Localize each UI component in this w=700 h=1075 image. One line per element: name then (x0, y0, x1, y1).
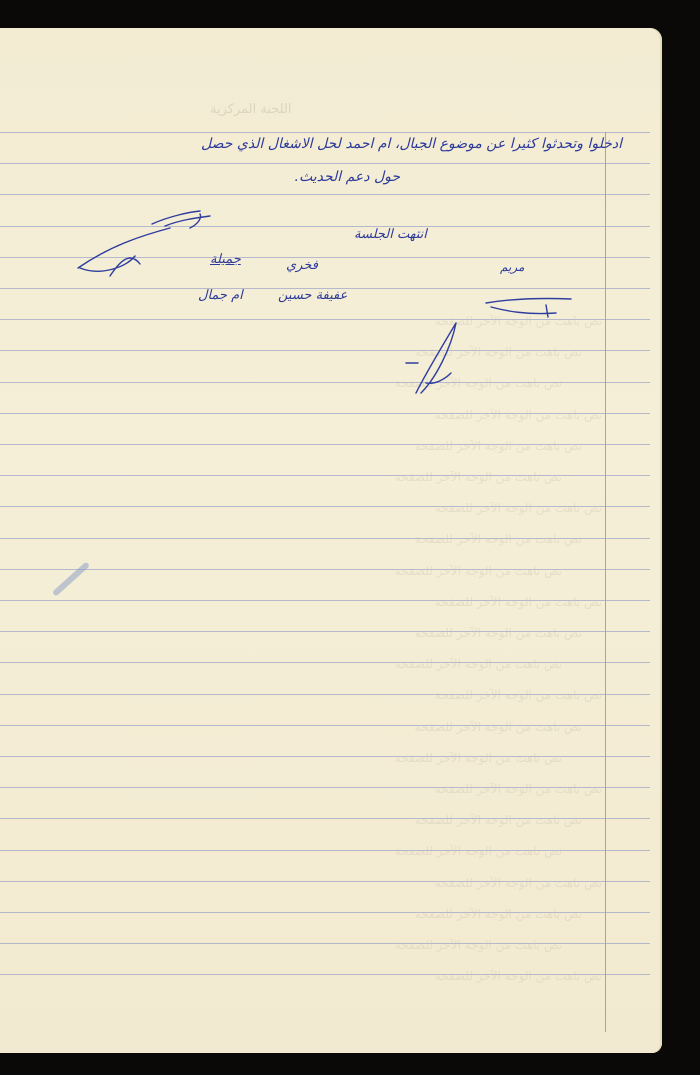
bleed-through-line: نص باهت من الوجه الآخر للصفحة (415, 907, 582, 921)
bleed-through-line: نص باهت من الوجه الآخر للصفحة (435, 595, 602, 609)
meeting-closed-heading: انتهت الجلسة (354, 227, 427, 242)
bleed-through-line: نص باهت من الوجه الآخر للصفحة (435, 501, 602, 515)
ruled-line (0, 163, 650, 164)
body-line-1: ادخلوا وتحدثوا كثيرا عن موضوع الجبال، ام… (201, 136, 622, 152)
bleed-through-line: نص باهت من الوجه الآخر للصفحة (415, 720, 582, 734)
signatory-name-4: عفيفة حسين (278, 288, 347, 303)
bleed-through-line: نص باهت من الوجه الآخر للصفحة (395, 751, 562, 765)
ruled-line (0, 132, 650, 133)
bleed-through-line: نص باهت من الوجه الآخر للصفحة (415, 532, 582, 546)
ruled-line (0, 194, 650, 195)
bleed-through-line: نص باهت من الوجه الآخر للصفحة (435, 688, 602, 702)
bleed-through-line: نص باهت من الوجه الآخر للصفحة (395, 564, 562, 578)
bleed-through-line: نص باهت من الوجه الآخر للصفحة (395, 657, 562, 671)
bleed-through-line: نص باهت من الوجه الآخر للصفحة (435, 969, 602, 983)
bleed-through-line: نص باهت من الوجه الآخر للصفحة (395, 470, 562, 484)
signatory-name-1: مريم (500, 260, 524, 274)
bleed-through-line: نص باهت من الوجه الآخر للصفحة (435, 876, 602, 890)
signature-scribble-left (70, 206, 220, 291)
bleed-through-line: نص باهت من الوجه الآخر للصفحة (435, 408, 602, 422)
notebook-page: اللجنة المركزية نص باهت من الوجه الآخر ل… (0, 28, 662, 1053)
signatory-name-2: فخري (286, 258, 318, 273)
signature-scribble-right (396, 293, 576, 403)
bleed-through-line: نص باهت من الوجه الآخر للصفحة (415, 813, 582, 827)
bleed-through-line: نص باهت من الوجه الآخر للصفحة (415, 626, 582, 640)
bleed-through-line: نص باهت من الوجه الآخر للصفحة (415, 439, 582, 453)
bleed-through-line: نص باهت من الوجه الآخر للصفحة (395, 844, 562, 858)
body-line-2: حول دعم الحديث. (295, 169, 401, 185)
faint-header: اللجنة المركزية (210, 102, 292, 117)
margin-rule (605, 132, 606, 1032)
bleed-through-line: نص باهت من الوجه الآخر للصفحة (435, 782, 602, 796)
ink-smudge (52, 561, 90, 596)
bleed-through-line: نص باهت من الوجه الآخر للصفحة (395, 938, 562, 952)
